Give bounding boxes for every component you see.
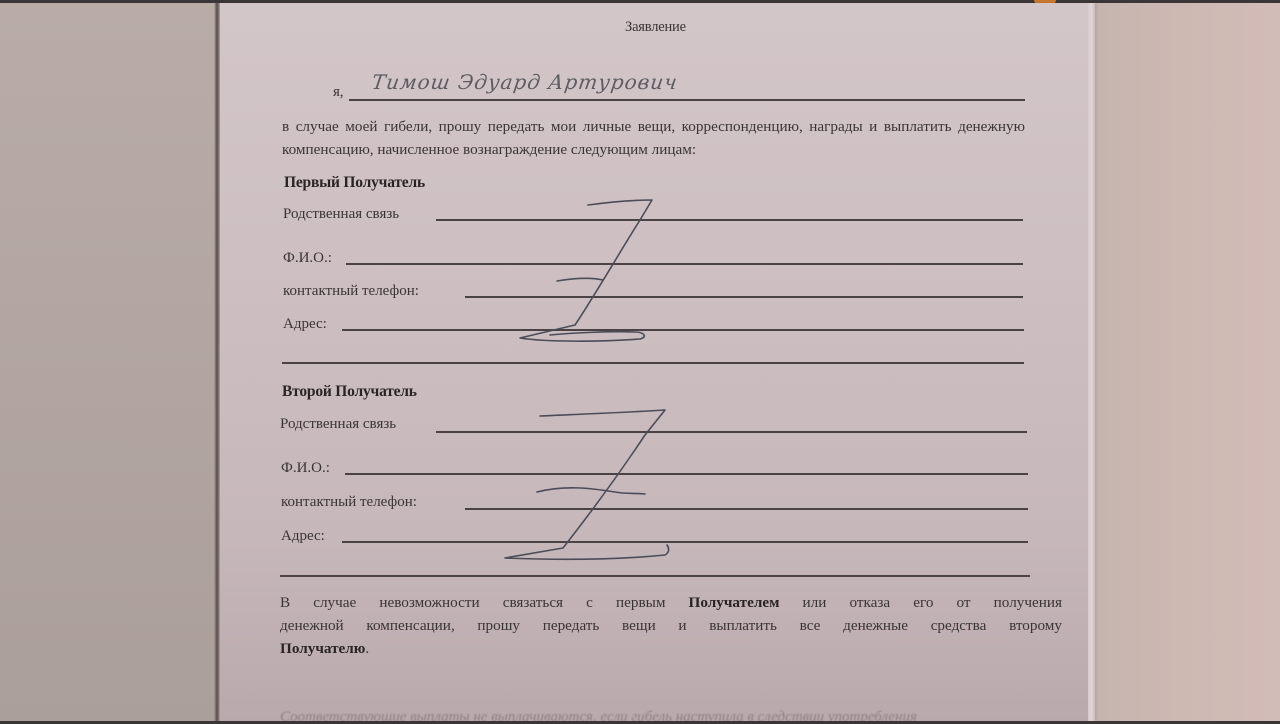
second-recipient-heading: Второй Получатель bbox=[282, 383, 417, 401]
second-recipient-address-label: Адрес: bbox=[281, 528, 325, 545]
second-recipient-fio-label: Ф.И.О.: bbox=[281, 460, 330, 477]
closing-bold-recipient-2: Получателю bbox=[280, 640, 365, 657]
second-recipient-address-field[interactable] bbox=[342, 541, 1028, 543]
second-recipient-phone-label: контактный телефон: bbox=[281, 494, 417, 511]
background-surface-left bbox=[0, 3, 218, 721]
first-recipient-phone-label: контактный телефон: bbox=[283, 283, 419, 300]
second-recipient-relation-label: Родственная связь bbox=[280, 416, 396, 433]
closing-paragraph-line-2: денежной компенсации, прошу передать вещ… bbox=[280, 614, 1062, 637]
first-recipient-relation-field[interactable] bbox=[436, 219, 1023, 221]
closing-text-1: В случае невозможности связаться с первы… bbox=[280, 594, 689, 611]
closing-paragraph-line-1: В случае невозможности связаться с первы… bbox=[280, 591, 1062, 614]
closing-paragraph: В случае невозможности связаться с первы… bbox=[280, 591, 1062, 660]
first-recipient-fio-label: Ф.И.О.: bbox=[283, 250, 332, 267]
second-recipient-phone-field[interactable] bbox=[465, 508, 1028, 510]
first-recipient-fio-field[interactable] bbox=[346, 263, 1023, 265]
closing-text-3: . bbox=[365, 640, 369, 657]
applicant-name-line bbox=[349, 99, 1025, 101]
applicant-prefix: я, bbox=[333, 84, 343, 101]
first-recipient-address-field-2[interactable] bbox=[282, 362, 1024, 364]
intro-paragraph: в случае моей гибели, прошу передать мои… bbox=[282, 115, 1025, 161]
background-surface-right bbox=[1095, 3, 1280, 721]
second-recipient-address-field-2[interactable] bbox=[280, 575, 1030, 577]
document-title: Заявление bbox=[625, 19, 686, 36]
closing-text-2: или отказа его от получения bbox=[779, 594, 1062, 611]
first-recipient-heading: Первый Получатель bbox=[284, 174, 425, 192]
first-recipient-address-field[interactable] bbox=[342, 329, 1024, 331]
paper-left-edge-shadow bbox=[214, 3, 220, 721]
applicant-name-handwritten: Тимош Эдуард Артурович bbox=[370, 70, 679, 94]
closing-bold-recipient-1: Получателем bbox=[689, 594, 780, 611]
second-recipient-relation-field[interactable] bbox=[436, 431, 1027, 433]
first-recipient-address-label: Адрес: bbox=[283, 316, 327, 333]
second-recipient-fio-field[interactable] bbox=[345, 473, 1028, 475]
paper-right-edge bbox=[1088, 3, 1095, 721]
first-recipient-phone-field[interactable] bbox=[465, 296, 1023, 298]
first-recipient-relation-label: Родственная связь bbox=[283, 206, 399, 223]
closing-paragraph-line-3: Получателю. bbox=[280, 637, 1062, 660]
